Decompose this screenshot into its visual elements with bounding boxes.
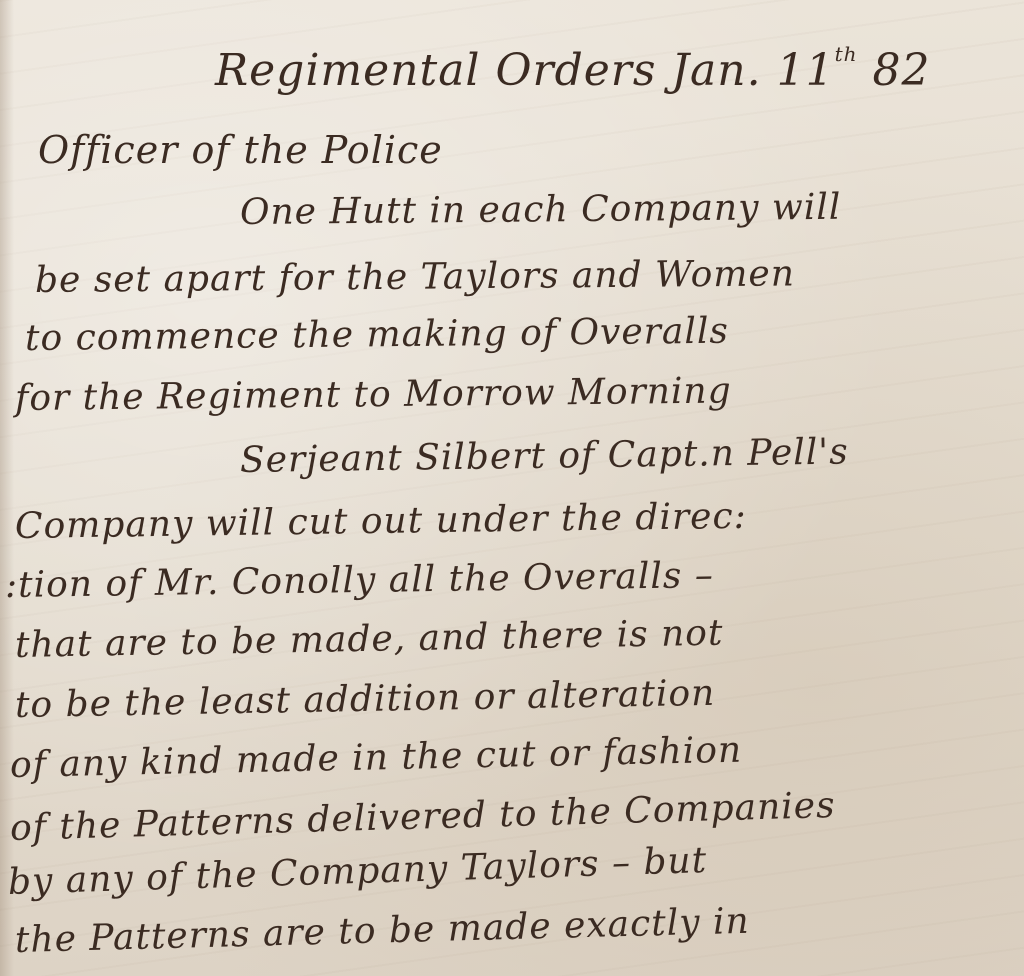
text-line: for the Regiment to Morrow Morning	[15, 370, 732, 419]
text-line: that are to be made, and there is not	[15, 613, 724, 666]
text-line: by any of the Company Taylors – but	[7, 840, 707, 903]
document-heading: Regimental Orders Jan. 11th 82	[215, 42, 930, 96]
manuscript-page: Regimental Orders Jan. 11th 82 Officer o…	[0, 0, 1024, 976]
text-line: Officer of the Police	[38, 128, 443, 172]
heading-year: 82	[857, 45, 930, 96]
heading-text: Regimental Orders Jan. 11	[215, 45, 835, 96]
heading-superscript: th	[835, 42, 858, 66]
text-line: Company will cut out under the direc:	[15, 496, 747, 547]
text-line: to be the least addition or alteration	[15, 673, 716, 726]
text-line: One Hutt in each Company will	[240, 187, 842, 233]
text-line: the Patterns are to be made exactly in	[14, 901, 750, 961]
text-line: of any kind made in the cut or fashion	[10, 730, 743, 786]
text-line: of the Patterns delivered to the Compani…	[9, 785, 836, 849]
text-line: to commence the making of Overalls	[25, 311, 729, 359]
text-line: Serjeant Silbert of Capt.n Pell's	[240, 432, 849, 481]
text-line: :tion of Mr. Conolly all the Overalls –	[5, 555, 714, 606]
text-line: be set apart for the Taylors and Women	[35, 253, 795, 301]
